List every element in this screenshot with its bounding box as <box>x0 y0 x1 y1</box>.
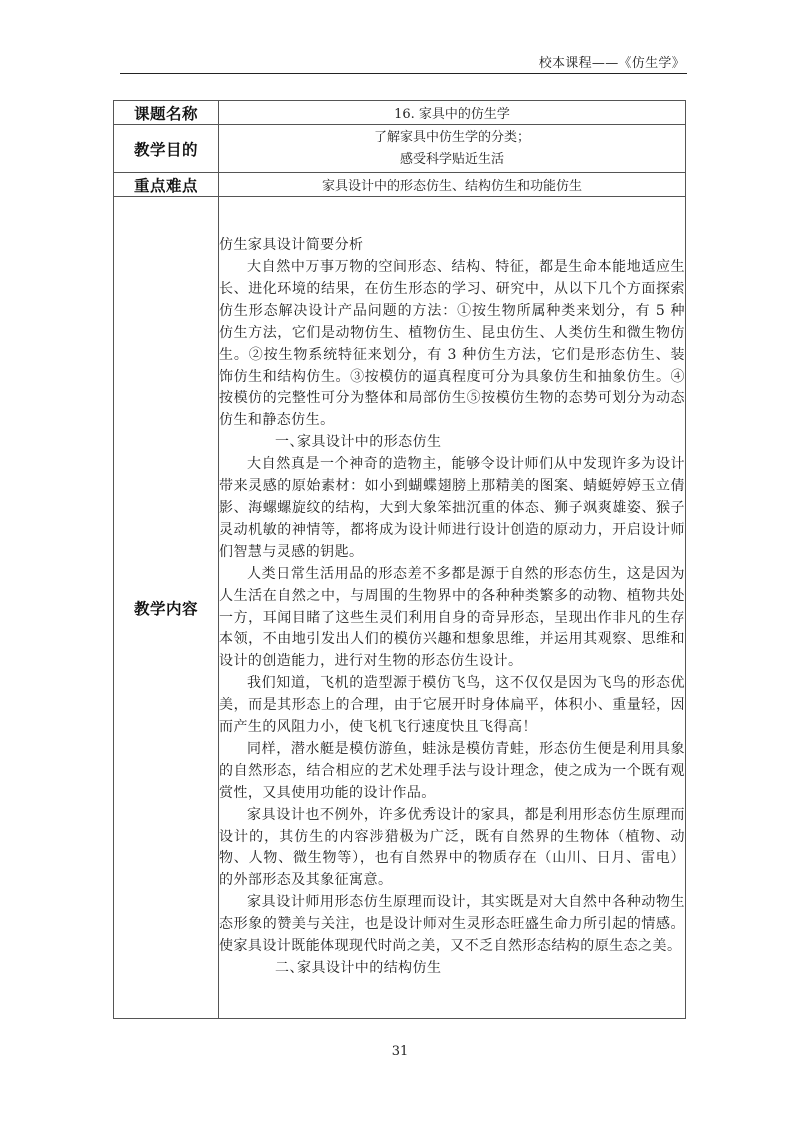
content-paragraph: 同样，潜水艇是模仿游鱼，蛙泳是模仿青蛙，形态仿生便是利用具象的自然形态，结合相应… <box>219 739 685 805</box>
section-heading-1: 一、家具设计中的形态仿生 <box>219 432 685 454</box>
label-key-points: 重点难点 <box>114 173 219 197</box>
page-header: 校本课程——《仿生学》 <box>120 46 687 74</box>
content-paragraph: 家具设计也不例外，许多优秀设计的家具，都是利用形态仿生原理而设计的，其仿生的内容… <box>219 805 685 893</box>
content-paragraph: 大自然中万事万物的空间形态、结构、特征，都是生命本能地适应生长、进化环境的结果，… <box>219 257 685 432</box>
content-subtitle: 仿生家具设计简要分析 <box>219 235 685 257</box>
value-teaching-goal: 了解家具中仿生学的分类； 感受科学贴近生活 <box>219 125 686 173</box>
section-number: 一、 <box>247 432 297 454</box>
label-teaching-content: 教学内容 <box>114 197 219 1019</box>
header-course-title: 校本课程——《仿生学》 <box>539 52 685 71</box>
content-paragraph: 家具设计师用形态仿生原理而设计，其实既是对大自然中各种动物生态形象的赞美与关注，… <box>219 892 685 958</box>
value-lesson-title: 16. 家具中的仿生学 <box>219 101 686 125</box>
table-row-title: 课题名称 16. 家具中的仿生学 <box>114 101 686 125</box>
section-title: 家具设计中的结构仿生 <box>297 960 442 976</box>
goal-line: 了解家具中仿生学的分类； <box>219 127 685 149</box>
table-row-key-points: 重点难点 家具设计中的形态仿生、结构仿生和功能仿生 <box>114 173 686 197</box>
content-paragraph: 人类日常生活用品的形态差不多都是源于自然的形态仿生，这是因为人生活在自然之中，与… <box>219 564 685 674</box>
section-heading-2: 二、家具设计中的结构仿生 <box>219 958 685 980</box>
section-number: 二、 <box>247 958 297 980</box>
value-key-points: 家具设计中的形态仿生、结构仿生和功能仿生 <box>219 173 686 197</box>
value-teaching-content: 仿生家具设计简要分析 大自然中万事万物的空间形态、结构、特征，都是生命本能地适应… <box>219 197 686 1019</box>
label-teaching-goal: 教学目的 <box>114 125 219 173</box>
section-title: 家具设计中的形态仿生 <box>297 434 442 450</box>
table-row-goal: 教学目的 了解家具中仿生学的分类； 感受科学贴近生活 <box>114 125 686 173</box>
content-paragraph: 我们知道，飞机的造型源于模仿飞鸟，这不仅仅是因为飞鸟的形态优美，而是其形态上的合… <box>219 673 685 739</box>
lesson-plan-table: 课题名称 16. 家具中的仿生学 教学目的 了解家具中仿生学的分类； 感受科学贴… <box>113 100 686 1019</box>
page-number: 31 <box>0 1044 800 1059</box>
table-row-content: 教学内容 仿生家具设计简要分析 大自然中万事万物的空间形态、结构、特征，都是生命… <box>114 197 686 1019</box>
goal-line: 感受科学贴近生活 <box>219 149 685 171</box>
content-paragraph: 大自然真是一个神奇的造物主，能够令设计师们从中发现许多为设计带来灵感的原始素材：… <box>219 454 685 564</box>
label-lesson-title: 课题名称 <box>114 101 219 125</box>
